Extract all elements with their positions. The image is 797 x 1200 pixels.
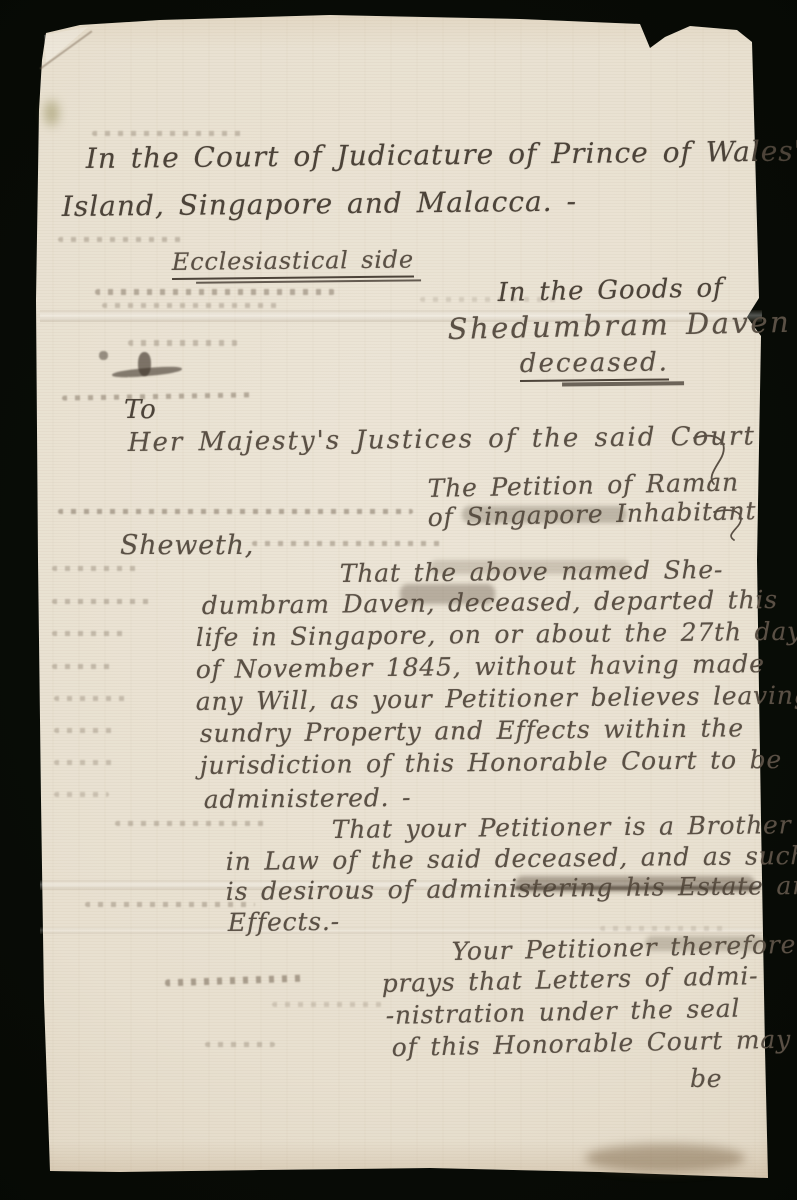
paper-stain — [44, 100, 59, 126]
catchword: be — [690, 1064, 722, 1093]
paragraph1-line: sundry Property and Effects within the — [200, 713, 744, 748]
paragraph1-line: administered. - — [204, 783, 412, 814]
ink-smudge — [462, 506, 627, 523]
strike-through-mark — [515, 886, 760, 890]
ink-smudge — [430, 560, 630, 574]
ink-smudge — [400, 584, 495, 604]
case-ref-line2: Shedumbram Daven — [447, 305, 791, 346]
ink-blot — [99, 351, 108, 360]
sheweth-label: Sheweth, — [120, 530, 254, 561]
paragraph2-line: That your Petitioner is a Brother — [332, 810, 792, 844]
paragraph1-line: of November 1845, without having made — [196, 649, 765, 684]
paragraph1-line: jurisdiction of this Honorable Court to … — [200, 745, 782, 780]
case-ref-line3: deceased. — [520, 347, 669, 379]
deceased-text: deceased. — [520, 347, 669, 382]
case-ref-line1: In the Goods of — [497, 273, 723, 308]
paragraph2-line: in Law of the said deceased, and as such — [226, 841, 797, 876]
paragraph2-line: Effects.- — [228, 907, 340, 937]
section-label-text: Ecclesiastical side — [172, 245, 414, 280]
court-header-line2: Island, Singapore and Malacca. - — [62, 185, 577, 223]
section-label: Ecclesiastical side — [172, 245, 414, 276]
address-to: To — [124, 395, 157, 425]
paper-stain — [585, 1144, 745, 1172]
manuscript-scan: In the Court of Judicature of Prince of … — [0, 0, 797, 1200]
ink-smudge — [645, 936, 765, 951]
ink-blot — [138, 352, 151, 376]
